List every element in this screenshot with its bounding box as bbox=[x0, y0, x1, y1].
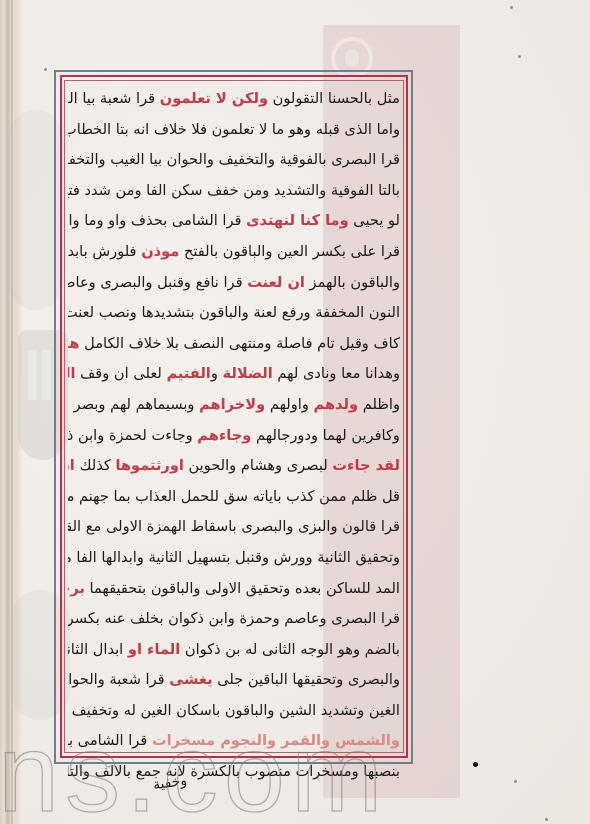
text-segment: قرا شعبة بيا الغيب والباقون بتا الخطاب bbox=[68, 90, 160, 107]
ink-speck bbox=[510, 6, 513, 9]
text-segment: واما الذى قبله وهو ما لا تعلمون فلا خلاف… bbox=[68, 121, 400, 138]
stain-pillar bbox=[42, 350, 51, 400]
rubric-segment: لقد جاءت bbox=[332, 457, 400, 474]
text-segment: لبصرى وهشام والحوين bbox=[184, 457, 332, 474]
rubric-segment: هدى bbox=[68, 335, 80, 352]
manuscript-line: قرا على بكسر العين والباقون بالفتح موذن … bbox=[68, 237, 400, 268]
rubric-segment: وجاءهم bbox=[197, 427, 251, 444]
rubric-segment: الماء او bbox=[128, 641, 180, 658]
text-segment: والباقون بالهمز bbox=[305, 274, 400, 291]
text-segment: المد للساكن بعده وتحقيق الاولى والباقون … bbox=[85, 580, 400, 597]
manuscript-line: واظلم ولدهم واولهم ولاخراهم وبسيماهم لهم… bbox=[68, 390, 400, 421]
text-segment: قرا على بكسر العين والباقون بالفتح bbox=[179, 243, 400, 260]
text-segment: قرا قالون والبزى والبصرى باسقاط الهمزة ا… bbox=[68, 518, 400, 535]
manuscript-text-block: مثل بالحسنا التقولون ولكن لا تعلمون قرا … bbox=[68, 84, 400, 749]
manuscript-line: مثل بالحسنا التقولون ولكن لا تعلمون قرا … bbox=[68, 84, 400, 115]
manuscript-line: والباقون بالهمز ان لعنت قرا نافع وقنبل و… bbox=[68, 268, 400, 299]
text-segment: بالتا الفوقية والتشديد ومن خفف سكن الفا … bbox=[68, 182, 400, 199]
text-segment: قل ظلم ممن كذب باياته سق للحمل العذاب بم… bbox=[68, 488, 400, 505]
text-segment: لعلى ان وقف bbox=[76, 365, 167, 382]
text-segment: كاف وقيل تام فاصلة ومنتهى النصف بلا خلاف… bbox=[80, 335, 401, 352]
text-segment: لو يحيى bbox=[349, 212, 400, 229]
stain-pillar bbox=[28, 350, 37, 400]
ink-speck bbox=[545, 818, 548, 821]
manuscript-line: بالتا الفوقية والتشديد ومن خفف سكن الفا … bbox=[68, 176, 400, 207]
manuscript-line: قل ظلم ممن كذب باياته سق للحمل العذاب بم… bbox=[68, 482, 400, 513]
manuscript-line: وهدانا معا ونادى لهم الضلالة والفتيم لعل… bbox=[68, 359, 400, 390]
text-segment: وهدانا معا ونادى لهم bbox=[273, 365, 400, 382]
rubric-segment: ان لعنت bbox=[247, 274, 305, 291]
text-segment: وتحقيق الثانية وورش وقنبل بتسهيل الثانية… bbox=[68, 549, 400, 566]
watermark-text: ns.com bbox=[0, 724, 328, 824]
text-segment: و bbox=[211, 365, 223, 382]
rubric-segment: ولكن لا تعلمون bbox=[160, 90, 268, 107]
rubric-segment: اورثتموها bbox=[115, 457, 183, 474]
text-segment: قرا شعبة والحوان بفتح bbox=[68, 671, 169, 688]
manuscript-line: قرا البصرى وعاصم وحمزة وابن ذكوان بخلف ع… bbox=[68, 604, 400, 635]
manuscript-line: بالضم وهو الوجه الثانى له بن ذكوان الماء… bbox=[68, 635, 400, 666]
ink-speck bbox=[44, 68, 47, 71]
rubric-segment: الدنيا bbox=[68, 365, 76, 382]
text-segment: والبصرى وتحقيقها الباقين جلى bbox=[213, 671, 400, 688]
text-segment: مثل بالحسنا التقولون bbox=[268, 90, 400, 107]
manuscript-line: وتحقيق الثانية وورش وقنبل بتسهيل الثانية… bbox=[68, 543, 400, 574]
text-segment: قرا الشامى بحذف واو وما والباقون باثباته… bbox=[68, 212, 246, 229]
rubric-segment: الضلالة bbox=[223, 365, 273, 382]
manuscript-line: وكافرين لهما ودورجالهم وجاءهم وجاءت لحمز… bbox=[68, 421, 400, 452]
text-segment: قرا البصرى وعاصم وحمزة وابن ذكوان بخلف ع… bbox=[68, 610, 400, 627]
manuscript-line: واما الذى قبله وهو ما لا تعلمون فلا خلاف… bbox=[68, 115, 400, 146]
text-segment: النون المخففة ورفع لعنة والباقون بتشديده… bbox=[68, 304, 400, 321]
ink-speck bbox=[518, 55, 521, 58]
ink-dot bbox=[473, 762, 478, 767]
rubric-segment: الفتيم bbox=[166, 365, 210, 382]
manuscript-line: لو يحيى وما كنا لنهتدى قرا الشامى بحذف و… bbox=[68, 206, 400, 237]
text-segment: وكافرين لهما ودورجالهم bbox=[251, 427, 400, 444]
text-segment: قرا نافع وقنبل والبصرى وعاصم باسكان bbox=[68, 274, 247, 291]
manuscript-line: النون المخففة ورفع لعنة والباقون بتشديده… bbox=[68, 298, 400, 329]
ink-speck bbox=[514, 780, 517, 783]
text-segment: واولهم bbox=[265, 396, 313, 413]
rubric-segment: برحمة ادخلوا bbox=[68, 580, 85, 597]
text-segment: بالضم وهو الوجه الثانى له بن ذكوان bbox=[180, 641, 400, 658]
rubric-segment: ان bbox=[68, 457, 75, 474]
manuscript-line: كاف وقيل تام فاصلة ومنتهى النصف بلا خلاف… bbox=[68, 329, 400, 360]
rubric-segment: يغشى bbox=[169, 671, 212, 688]
rubric-segment: موذن bbox=[141, 243, 179, 260]
text-segment: واظلم bbox=[358, 396, 400, 413]
text-segment: ابدال الثانية يا للحرمين bbox=[68, 641, 128, 658]
text-segment: وبسيماهم لهم وبصر bbox=[69, 396, 199, 413]
text-segment: قرا البصرى بالفوقية والتخفيف والحوان بيا… bbox=[68, 151, 400, 168]
manuscript-line: قرا قالون والبزى والبصرى باسقاط الهمزة ا… bbox=[68, 512, 400, 543]
rubric-segment: ولدهم bbox=[314, 396, 359, 413]
manuscript-line: المد للساكن بعده وتحقيق الاولى والباقون … bbox=[68, 574, 400, 605]
text-segment: فلورش بابدال الهمزة واوا bbox=[68, 243, 141, 260]
manuscript-line: لقد جاءت لبصرى وهشام والحوين اورثتموها ك… bbox=[68, 451, 400, 482]
manuscript-line: قرا البصرى بالفوقية والتخفيف والحوان بيا… bbox=[68, 145, 400, 176]
rubric-segment: وما كنا لنهتدى bbox=[246, 212, 349, 229]
rubric-segment: ولاخراهم bbox=[199, 396, 265, 413]
text-segment: كذلك bbox=[75, 457, 116, 474]
text-segment: وجاءت لحمزة وابن ذكوان المدغم bbox=[68, 427, 197, 444]
manuscript-line: والبصرى وتحقيقها الباقين جلى يغشى قرا شع… bbox=[68, 665, 400, 696]
